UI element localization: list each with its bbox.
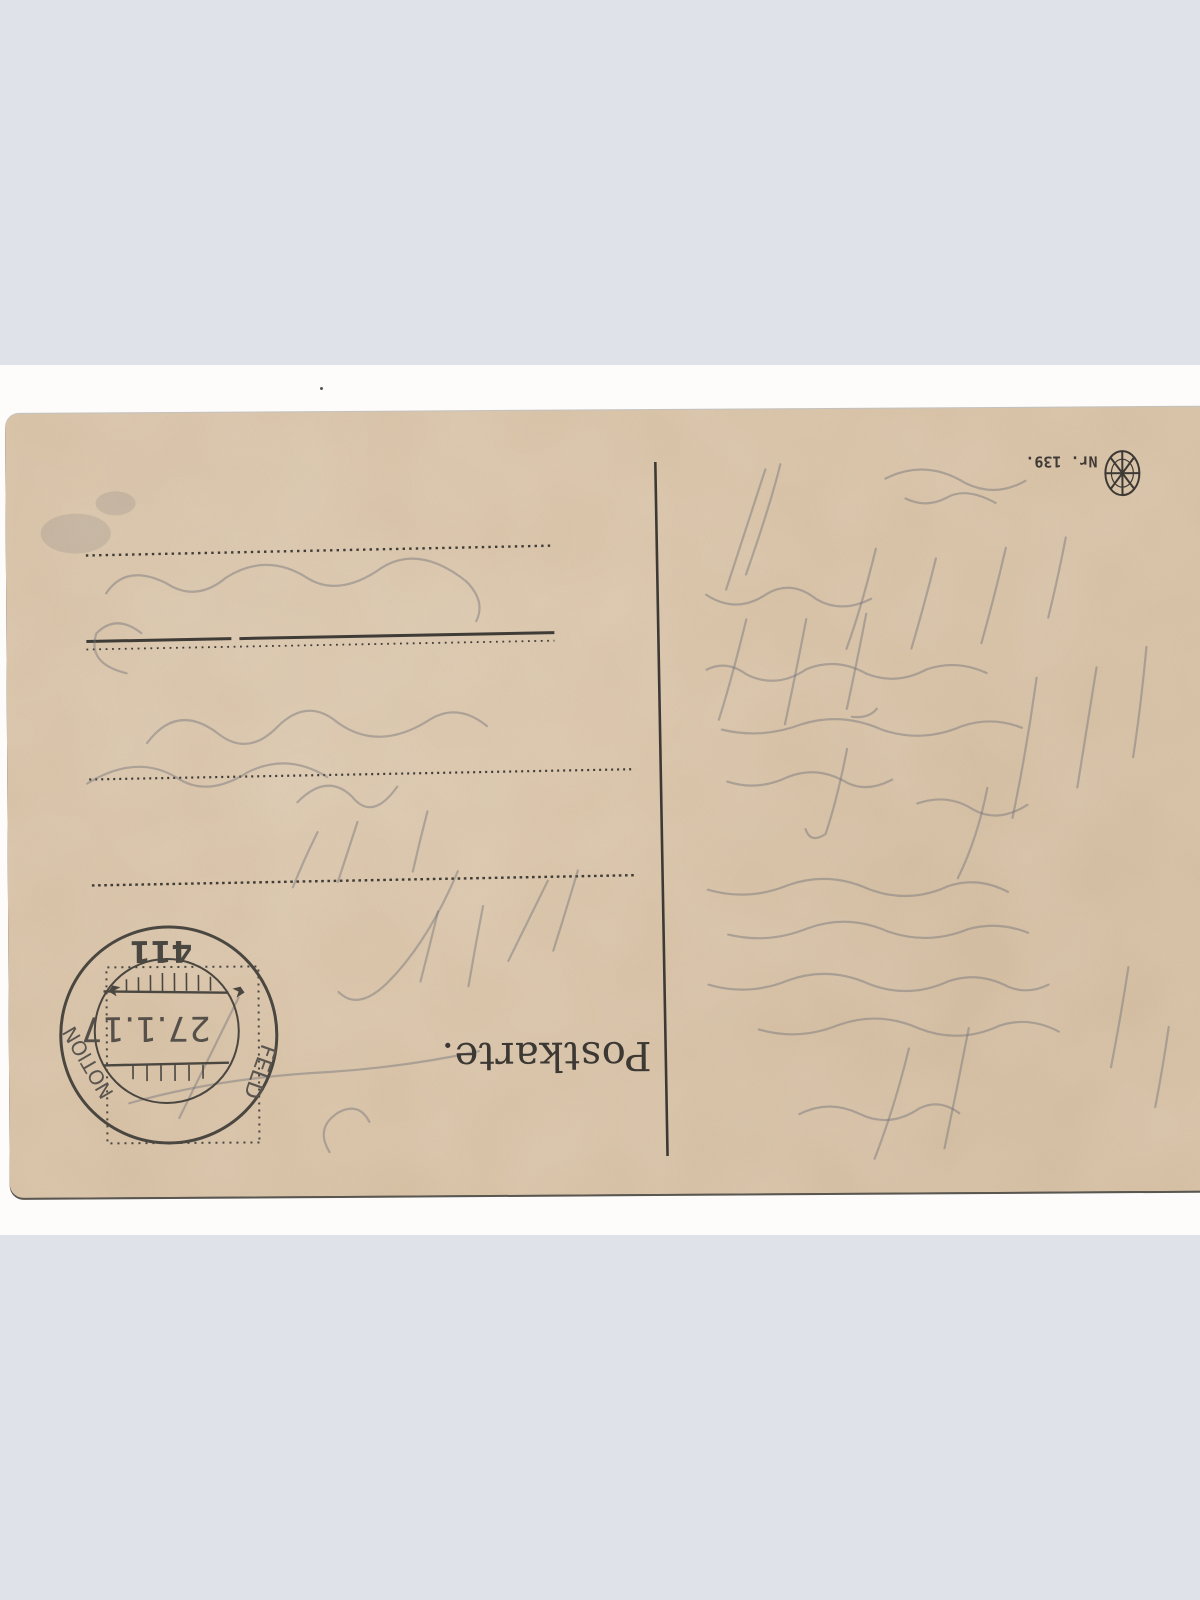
postkarte-title: Postkarte. [441,1032,652,1079]
postmark-ring-text: FELD [238,1041,280,1102]
publisher-number: Nr. 139. [1025,452,1097,470]
dust-speck [320,387,323,390]
postcard: Postkarte. Nr. 139. [5,407,1200,1198]
oval-wheel-logo-icon [1102,447,1142,499]
circular-postmark-icon: 27.1.17 411 FELD NOTION [48,902,290,1163]
postmark-date: 27.1.17 [81,1008,211,1049]
postmark-number: 411 [130,933,193,968]
